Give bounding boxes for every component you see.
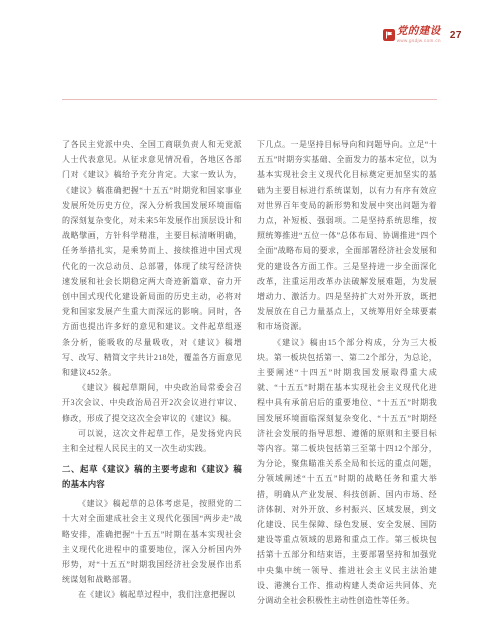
paragraph-feedback: 了各民主党派中央、全国工商联负责人和无党派人士代表意见。从征求意见情况看，各地区… <box>62 137 242 380</box>
paragraph-key-points-start: 在《建议》稿起草过程中，我们注意把握以 <box>62 587 242 602</box>
page-number: 27 <box>450 30 462 41</box>
paragraph-key-points-continued: 下几点。一是坚持目标导向和问题导向。立足“十五五”时期夯实基础、全面发力的基本定… <box>257 137 437 335</box>
header-divider-line <box>62 99 437 100</box>
magazine-logo: 党的建设 www.gsdjw.com.cn <box>383 27 441 44</box>
right-column: 下几点。一是坚持目标导向和问题导向。立足“十五五”时期夯实基础、全面发力的基本定… <box>257 137 437 605</box>
magazine-page: 党的建设 www.gsdjw.com.cn 27 了各民主党派中央、全国工商联负… <box>0 0 485 640</box>
paragraph-overall-consideration: 《建议》稿起草的总体考虑是，按照党的二十大对全面建成社会主义现代化强国“两步走”… <box>62 496 242 587</box>
paragraph-drafting-meetings: 《建议》稿起草期间，中央政治局常委会召开3次会议、中央政治局召开2次会议进行审议… <box>62 380 242 426</box>
left-column: 了各民主党派中央、全国工商联负责人和无党派人士代表意见。从征求意见情况看，各地区… <box>62 137 242 605</box>
paragraph-document-structure: 《建议》稿由15个部分构成，分为三大板块。第一板块包括第一、第二2个部分，为总论… <box>257 335 437 605</box>
paragraph-democracy-practice: 可以说，这次文件起草工作，是发扬党内民主和全过程人民民主的又一次生动实践。 <box>62 426 242 456</box>
section-heading: 二、起草《建议》稿的主要考虑和《建议》稿的基本内容 <box>62 462 242 491</box>
party-emblem-icon <box>383 28 395 40</box>
magazine-url: www.gsdjw.com.cn <box>397 39 441 44</box>
magazine-title: 党的建设 <box>397 27 441 38</box>
page-header: 党的建设 www.gsdjw.com.cn 27 <box>383 27 462 44</box>
article-body: 了各民主党派中央、全国工商联负责人和无党派人士代表意见。从征求意见情况看，各地区… <box>62 137 437 605</box>
